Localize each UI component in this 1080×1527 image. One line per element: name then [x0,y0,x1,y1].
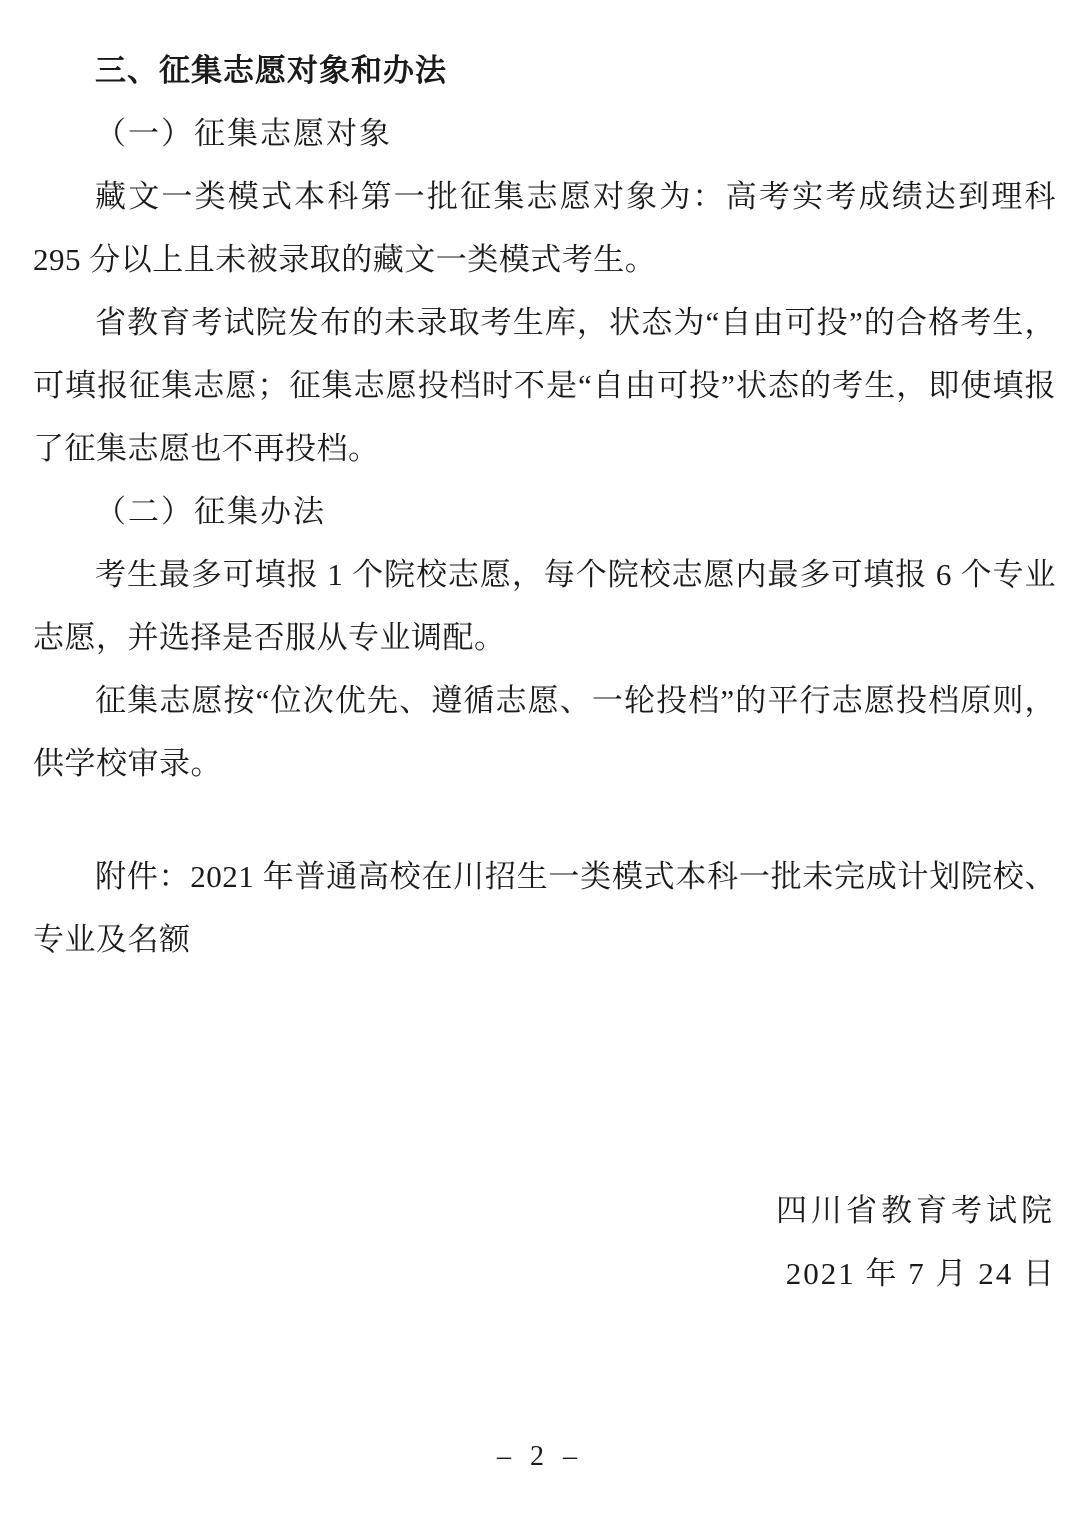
page-number: – 2 – [0,1437,1080,1477]
subsection2-heading: （二）征集办法 [33,480,1056,543]
signature-block: 四川省教育考试院 2021 年 7 月 24 日 [33,1179,1056,1305]
issuer-name: 四川省教育考试院 [33,1179,1056,1242]
attachment-note: 附件：2021 年普通高校在川招生一类模式本科一批未完成计划院校、专业及名额 [33,845,1056,971]
section-heading: 三、征集志愿对象和办法 [33,39,1056,102]
subsection2-paragraph-1: 考生最多可填报 1 个院校志愿，每个院校志愿内最多可填报 6 个专业志愿，并选择… [33,543,1056,669]
subsection1-paragraph-2: 省教育考试院发布的未录取考生库，状态为“自由可投”的合格考生，可填报征集志愿；征… [33,291,1056,480]
document-page: 三、征集志愿对象和办法 （一）征集志愿对象 藏文一类模式本科第一批征集志愿对象为… [0,0,1080,1527]
subsection1-paragraph-1: 藏文一类模式本科第一批征集志愿对象为：高考实考成绩达到理科 295 分以上且未被… [33,165,1056,291]
issue-date: 2021 年 7 月 24 日 [33,1242,1056,1305]
subsection1-heading: （一）征集志愿对象 [33,102,1056,165]
subsection2-paragraph-2: 征集志愿按“位次优先、遵循志愿、一轮投档”的平行志愿投档原则，供学校审录。 [33,669,1056,795]
